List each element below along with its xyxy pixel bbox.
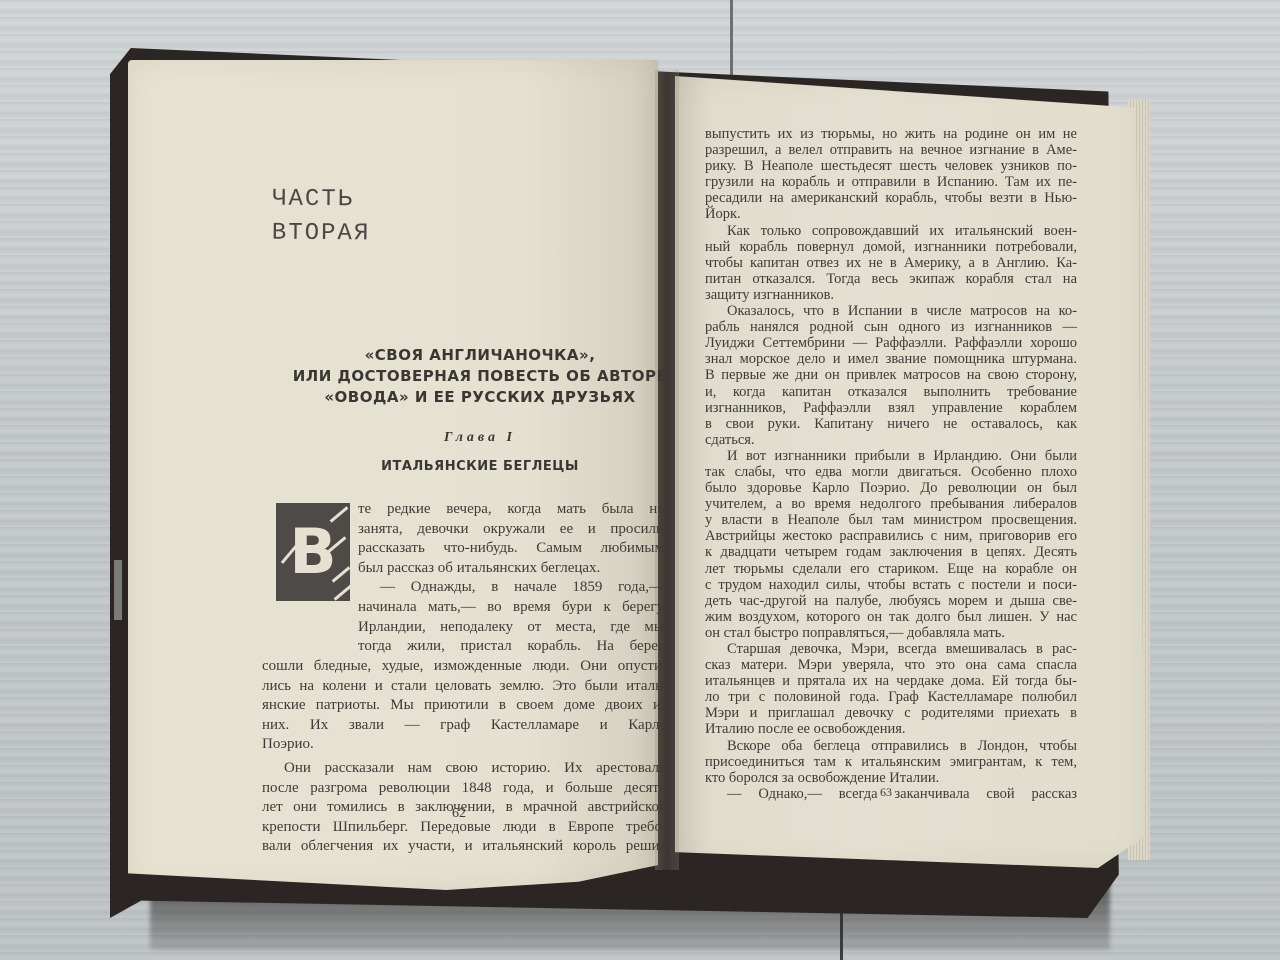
part-title-line: ВТОРАЯ <box>272 217 371 252</box>
part-title: ЧАСТЬ ВТОРАЯ <box>272 183 371 252</box>
text-line: Луиджи Сеттембрини — Раффаэлли. Раффаэлл… <box>705 335 1077 351</box>
chapter-label: Глава I <box>270 430 690 446</box>
text-line: ный корабль повернул домой, изгнанники п… <box>705 239 1077 255</box>
text-line: Поэрио. <box>262 735 667 755</box>
text-line: кто боролся за освобождение Италии. <box>705 770 1077 786</box>
text-line: так слабы, что едва могли двигаться. Осо… <box>705 464 1077 480</box>
text-line: в свои руки. Капитану ничего не оставало… <box>705 416 1077 432</box>
text-line: учителем, а во время недолгого пребывани… <box>705 496 1077 512</box>
text-line: Ирландии, неподалеку от места, где мы <box>358 618 664 638</box>
cover-edge-highlight <box>114 560 122 620</box>
left-body-text: сошли бледные, худые, изможденные люди. … <box>262 657 667 857</box>
text-line: рабль нанялся родной сын одного из изгна… <box>705 319 1077 335</box>
text-line: присоединиться там к итальянским эмигран… <box>705 754 1077 770</box>
text-line: жим воздухом, которого он так долго был … <box>705 609 1077 625</box>
text-line: у власти в Неаполе был там министром про… <box>705 512 1077 528</box>
text-line: вали облегчения их участи, и итальянский… <box>262 837 667 857</box>
book-title-line: «СВОЯ АНГЛИЧАНОЧКА», <box>270 345 690 366</box>
text-line: знал морское дело и имел звание помощник… <box>705 351 1077 367</box>
text-line: с трудом находил силы, чтобы встать с по… <box>705 577 1077 593</box>
drop-cap-block: В <box>276 503 350 601</box>
text-line: защиту изгнанников. <box>705 287 1077 303</box>
text-line: Мэри и приглашал девочку с родителями пр… <box>705 705 1077 721</box>
text-line: выпустить их из тюрьмы, но жить на родин… <box>705 126 1077 142</box>
text-line: ло три с половиной года. Граф Кастеллама… <box>705 689 1077 705</box>
text-line: он стал быстро поправляться,— добавляла … <box>705 625 1077 641</box>
text-line: Австрийцы жестоко расправились с ним, пр… <box>705 528 1077 544</box>
text-line: после разгрома революции 1848 года, и бо… <box>262 779 667 799</box>
text-line: итальянцев и прятала их на чердаке дома.… <box>705 673 1077 689</box>
text-line: сдаться. <box>705 432 1077 448</box>
text-line: был рассказ об итальянских беглецах. <box>358 559 664 579</box>
text-line: Вскоре оба беглеца отправились в Лондон,… <box>705 738 1077 754</box>
text-line: сказ матери. Мэри уверяла, что это она с… <box>705 657 1077 673</box>
text-line: к двадцати четырем годам заключения в це… <box>705 544 1077 560</box>
text-line: деть час-другой на палубе, любуясь морем… <box>705 593 1077 609</box>
text-line: и, когда капитан отказался выполнить тре… <box>705 384 1077 400</box>
dropcap-paragraph: те редкие вечера, когда мать была не зан… <box>358 500 664 657</box>
chapter-name: ИТАЛЬЯНСКИЕ БЕГЛЕЦЫ <box>270 459 690 474</box>
text-line: Йорк. <box>705 206 1077 222</box>
text-line: И вот изгнанники прибыли в Ирландию. Они… <box>705 448 1077 464</box>
text-line: чтобы капитан отвез их не в Америку, а в… <box>705 255 1077 271</box>
book-title-line: ИЛИ ДОСТОВЕРНАЯ ПОВЕСТЬ ОБ АВТОРЕ <box>270 366 690 387</box>
text-line: ресадили на американский корабль, чтобы … <box>705 190 1077 206</box>
text-line: Оказалось, что в Испании в числе матросо… <box>705 303 1077 319</box>
book-title: «СВОЯ АНГЛИЧАНОЧКА», ИЛИ ДОСТОВЕРНАЯ ПОВ… <box>270 345 690 408</box>
text-line: тогда жили, пристал корабль. На берег <box>358 637 664 657</box>
page-number-right: 63 <box>880 785 892 800</box>
page-number-left: 62 <box>452 806 466 822</box>
text-line: Как только сопровождавший их итальянский… <box>705 223 1077 239</box>
text-line: — Однажды, в начале 1859 года,— <box>358 578 664 598</box>
text-line: Старшая девочка, Мэри, всегда вмешивалас… <box>705 641 1077 657</box>
book-title-line: «ОВОДА» И ЕЕ РУССКИХ ДРУЗЬЯХ <box>270 387 690 408</box>
part-title-line: ЧАСТЬ <box>272 183 371 218</box>
text-line: те редкие вечера, когда мать была не <box>358 500 664 520</box>
text-line: рассказать что-нибудь. Самым любимым <box>358 539 664 559</box>
text-line: янские патриоты. Мы приютили в своем дом… <box>262 696 667 716</box>
text-line: сошли бледные, худые, изможденные люди. … <box>262 657 667 677</box>
text-line: них. Их звали — граф Кастелламаре и Карл… <box>262 716 667 736</box>
text-line: В первые же дни он привлек матросов на с… <box>705 367 1077 383</box>
text-line: занята, девочки окружали ее и просили <box>358 520 664 540</box>
right-body-text: выпустить их из тюрьмы, но жить на родин… <box>705 126 1077 802</box>
text-line: разрешил, а велел отправить на вечное из… <box>705 142 1077 158</box>
text-line: было здоровье Карло Поэрио. До революции… <box>705 480 1077 496</box>
text-line: Италию после ее освобождения. <box>705 721 1077 737</box>
text-line: изгнанников, Раффаэлли взял управление к… <box>705 400 1077 416</box>
text-line: грузили на корабль и отправили в Испанию… <box>705 174 1077 190</box>
text-line: начинала мать,— во время бури к берегу <box>358 598 664 618</box>
text-line: рику. В Неаполе шестьдесят шесть человек… <box>705 158 1077 174</box>
text-line: лет тюрьмы сделали его стариком. Еще на … <box>705 561 1077 577</box>
text-line: лись на колени и стали целовать землю. Э… <box>262 677 667 697</box>
text-line: Они рассказали нам свою историю. Их арес… <box>262 759 667 779</box>
text-line: питан отказался. Тогда весь экипаж кораб… <box>705 271 1077 287</box>
